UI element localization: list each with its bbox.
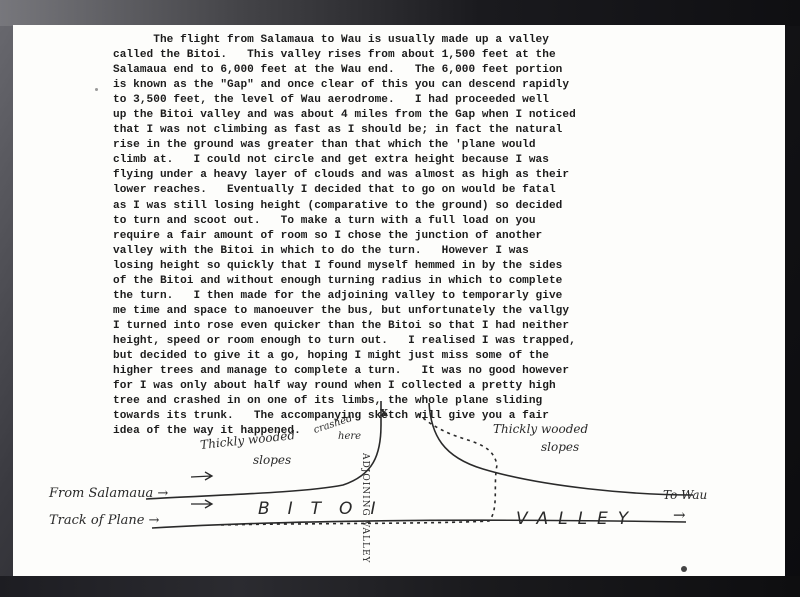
- bitoi-label: BITOI: [258, 499, 393, 519]
- ink-spot: [681, 566, 687, 572]
- left-slope-label-2: slopes: [253, 453, 291, 467]
- track-arrow: [191, 500, 212, 508]
- track-of-plane-label: Track of Plane →: [49, 513, 159, 528]
- from-arrow: [191, 472, 212, 480]
- slide-frame-top: [0, 0, 800, 26]
- crash-marker: x: [380, 405, 388, 420]
- to-wau-arrow-icon: →: [673, 506, 686, 524]
- scanned-letter-page: The flight from Salamaua to Wau is usual…: [13, 25, 785, 576]
- ink-speck: [95, 88, 98, 91]
- crashed-here-label-2: here: [338, 431, 361, 442]
- right-slope-label-1: Thickly wooded: [493, 422, 588, 436]
- right-slope-label-2: slopes: [541, 440, 579, 454]
- valley-label: VALLEY: [516, 509, 638, 529]
- to-wau-label: To Wau: [663, 488, 707, 502]
- from-salamaua-label: From Salamaua →: [49, 486, 168, 501]
- slide-frame-bottom: [0, 576, 800, 597]
